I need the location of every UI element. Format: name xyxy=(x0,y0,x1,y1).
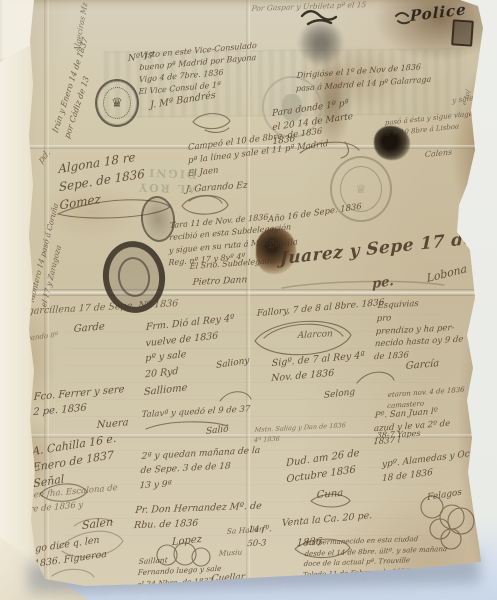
handwriting-sanjuan: Pº. San Juan lº azud y le va 2º de 1837 … xyxy=(373,405,451,449)
handwriting-venta: Venta la Ca. 20 pe. xyxy=(282,510,373,531)
handwriting-salliome: Salliome xyxy=(144,381,188,399)
handwriting-paradonde: Para donde 1º pª el 20 14 de Marte 1836 xyxy=(272,97,353,150)
handwriting-garde: Garde xyxy=(74,320,105,336)
handwriting-cuna: Cuna xyxy=(317,487,344,503)
handwriting-fallory: Fallory, 7 de 8 al 8bre. 1836 xyxy=(257,297,385,320)
handwriting-sigo-rey: Sigº. de 7 al Rey 4ª Nov. de 1836 xyxy=(271,348,365,387)
handwriting-firma-grande-2: pe. xyxy=(372,273,394,294)
handwriting-sahallan: Sa Hallan xyxy=(226,524,264,537)
handwriting-vice-firma: J. Mª Bandrés xyxy=(150,90,216,113)
handwriting-algeciras: Algeciras Mz xyxy=(72,1,90,53)
handwriting-subdelegado: El Srio. Subdelegado xyxy=(189,256,275,273)
handwriting-dirigiose: Dirigióse el 1º de Nov de 1836 pasa á Ma… xyxy=(296,61,433,96)
handwriting-yapes: 38-7 Yapes xyxy=(376,429,421,442)
handwriting-etol: e tol xyxy=(460,88,474,107)
scanned-document: ♛ ♕ xyxy=(0,0,497,600)
handwriting-musiu: Musiu xyxy=(218,547,242,559)
handwriting-ano16: Año 16 de Sepe. 1836 de Zebilla xyxy=(268,201,362,253)
handwriting-alarcon: Alarcon xyxy=(297,328,333,342)
handwriting-campeo: Campeó el 10 de 8bre. de 1836 pª la líne… xyxy=(188,125,328,182)
handwriting-oval1836: 1836 xyxy=(296,535,322,550)
handwriting-quedan: 2ª y quedan mañana de la de Sepe. 3 de d… xyxy=(139,444,261,494)
handwriting-irun: Irún y Enero 14 de 1837 por Cádiz de 13 xyxy=(50,36,104,141)
handwriting-layer: Nº 17Visto en este Vice-Consulado bueno … xyxy=(0,0,497,600)
handwriting-hernandez: Pr. Don Hernandez Mº. de Rbu. de 1836 xyxy=(133,499,262,534)
handwriting-police: Police xyxy=(410,0,467,26)
handwriting-mstn: Mstn. Saliag y Dan de 1836 4ª 1836 xyxy=(254,420,347,446)
handwriting-garcia: García xyxy=(406,357,440,374)
handwriting-no17: Nº 17 xyxy=(128,50,154,65)
handwriting-salio: Salió xyxy=(206,423,229,438)
handwriting-pasamanana: pasó á ésta y sigue viage le 6 10 8bre á… xyxy=(385,109,473,141)
handwriting-lobona: Lobona xyxy=(426,262,468,287)
handwriting-lopez: Lopez xyxy=(172,533,202,550)
handwriting-talavera: Talavª y quedó el 9 de 37 xyxy=(141,404,250,421)
handwriting-gaspar: Por Gaspar y Urbileta pª el 15 xyxy=(251,0,367,14)
handwriting-esquivias: Esquivias pro prendizo y ha per- necido … xyxy=(374,295,467,364)
handwriting-firma-grande: Juarez y Sepe 17 de xyxy=(280,228,475,272)
handwriting-montero: Montero 14 pasó á Coruña el 17 y Zaragoz… xyxy=(26,201,75,309)
handwriting-ghost-print: AL ROY DIGNI xyxy=(104,163,197,196)
handwriting-etaron: etaron nov. 4 de 1836 camastero xyxy=(387,385,465,412)
handwriting-tara: Tara 11 de Nov. de 1836 recibió en esta … xyxy=(168,209,292,270)
handwriting-frm-rey: Frm. Dió al Rey 4º vuelve de 1836 pº y s… xyxy=(145,311,235,383)
handwriting-saliony: Saliony xyxy=(216,355,250,372)
handwriting-nuera: Nuera xyxy=(97,416,129,432)
handwriting-folio: 14 fº. 50-3 xyxy=(247,523,273,551)
handwriting-calens: Calens xyxy=(425,148,453,161)
handwriting-ferrer: Fco. Ferrer y sere 2 pe. 1836 xyxy=(33,382,125,420)
handwriting-algona: Algona 18 re Sepe. de 1836 Gomez xyxy=(58,146,146,214)
document-paper: ♛ ♕ xyxy=(0,0,497,600)
handwriting-cahilla: A. Cahilla 16 e. Enero de 1837 Señal xyxy=(32,431,118,492)
handwriting-dud: Dud. am 26 de Octubre 1836 xyxy=(286,446,360,489)
handwriting-alamedas: ypº. Alamedas y Oct. 18 de 1836 xyxy=(382,446,476,487)
handwriting-salen: Salen xyxy=(82,515,113,534)
handwriting-ysale: y sale xyxy=(452,93,474,106)
handwriting-pietro: Pietro Dann xyxy=(192,274,247,289)
handwriting-garando: J. Garando Ez xyxy=(185,180,248,197)
handwriting-visto: Visto en este Vice-Consulado bueno pª Ma… xyxy=(138,40,257,99)
handwriting-pd: pd. xyxy=(36,147,54,167)
handwriting-felagos: Felagos xyxy=(427,487,462,505)
handwriting-selong: Selong xyxy=(324,386,355,402)
handwriting-garcillena: garcillena 17 de Sepe. Nº 1836 xyxy=(27,298,179,319)
